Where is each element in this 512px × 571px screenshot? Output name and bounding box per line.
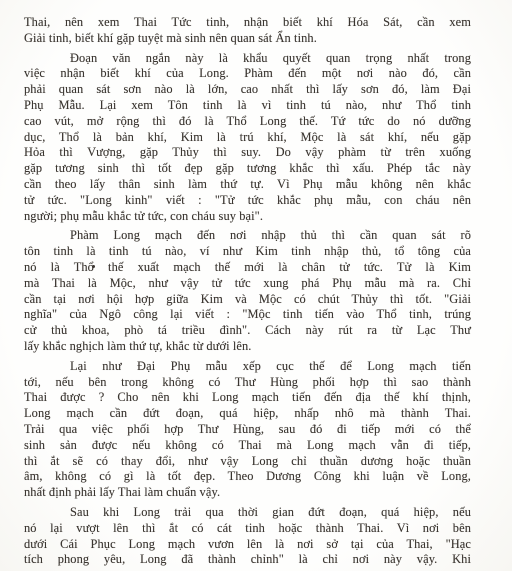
- text-line: lấy khắc nghịch làm thứ tự, khắc từ dưới…: [24, 339, 471, 355]
- text-line: dưới Cái Phục Long mạch vươn lên là nơi …: [24, 537, 471, 553]
- text-line: tích phong yêu, Long đã thành chỉnh" là …: [24, 552, 471, 568]
- text-line: tử tức. "Long kinh" viết : "Tử tức khắc …: [24, 193, 471, 209]
- text-line: Đoạn văn ngắn này là khẩu quyết quan trọ…: [24, 51, 471, 67]
- text-line: Sau khi Long trải qua thời gian đứt đoạn…: [24, 505, 471, 521]
- text-line: tới, nếu bên trong không có Thư Hùng phố…: [24, 375, 471, 391]
- text-line: tôn tinh là tinh tú nào, ví như Kim tinh…: [24, 244, 471, 260]
- text-line: dục, Thổ là bản khí, Kim là trú khí, Mộc…: [24, 130, 471, 146]
- text-line: Giải tinh, biết khí gặp tuyệt mà sinh nê…: [24, 31, 471, 47]
- text-line: Phụ Mẫu. Lại xem Tôn tinh là vì tinh tú …: [24, 98, 471, 114]
- document-page: Thai, nên xem Thai Tức tinh, nhận biết k…: [0, 0, 512, 571]
- text-line: nó lại vượt lên thì ắt có cát tinh hoặc …: [24, 521, 471, 537]
- paragraph: Sau khi Long trải qua thời gian đứt đoạn…: [24, 505, 471, 568]
- paragraph: Phàm Long mạch đến nơi nhập thủ thì cần …: [24, 228, 471, 354]
- text-line: cử thủ khoa, phò tá triều đình". Cách nà…: [24, 323, 471, 339]
- paragraph: Đoạn văn ngắn này là khẩu quyết quan trọ…: [24, 51, 471, 225]
- ink-spot-artifact: [92, 265, 95, 268]
- text-line: mà Thai là Mộc, như vậy tử tức xung phá …: [24, 276, 471, 292]
- text-line: Thai được ? Cho nên khi Long mạch tiến đ…: [24, 390, 471, 406]
- text-line: phải quan sát sơn nào là lớn, cao nhất t…: [24, 82, 471, 98]
- paragraph: Lại như Đại Phụ mẫu xếp cục thế để Long …: [24, 359, 471, 501]
- text-line: việc nhận biết khí của Long. Phàm đến mộ…: [24, 66, 471, 82]
- text-line: thì ắt sẽ có thay đổi, như vậy Long chỉ …: [24, 454, 471, 470]
- text-line: Phàm Long mạch đến nơi nhập thủ thì cần …: [24, 228, 471, 244]
- text-line: Lại như Đại Phụ mẫu xếp cục thế để Long …: [24, 359, 471, 375]
- text-line: nó là Thổ thế xuất mạch thế mới là chân …: [24, 260, 471, 276]
- text-line: gặp tương sinh thì tốt đẹp gặp tương khắ…: [24, 161, 471, 177]
- text-line: Hỏa thì Vượng, gặp Thủy thì suy. Do vậy …: [24, 145, 471, 161]
- text-line: cần tại nơi hội hợp giữa Kim và Mộc có c…: [24, 292, 471, 308]
- text-line: cần theo lấy thân sinh làm thứ tự. Vì Ph…: [24, 177, 471, 193]
- paragraph: Thai, nên xem Thai Tức tinh, nhận biết k…: [24, 15, 471, 47]
- text-line: Long mạch cần đứt đoạn, quá hiệp, nhấp n…: [24, 406, 471, 422]
- text-line: sinh sản được nếu không có Thai mà Long …: [24, 438, 471, 454]
- text-line: người; phụ mẫu khắc tử tức, con cháu suy…: [24, 209, 471, 225]
- text-line: nghĩa" của Ngô công lại viết : "Mộc tinh…: [24, 307, 471, 323]
- text-line: Trải qua việc phối hợp Thư Hùng, sau đó …: [24, 422, 471, 438]
- text-line: âm, không có gì là tốt đẹp. Theo Dương C…: [24, 469, 471, 485]
- text-line: cao vút, mở rộng thì đó là Thổ Long thế.…: [24, 114, 471, 130]
- text-line: nhất định phải lấy Thai làm chuẩn vậy.: [24, 485, 471, 501]
- text-line: Thai, nên xem Thai Tức tinh, nhận biết k…: [24, 15, 471, 31]
- page-text: Thai, nên xem Thai Tức tinh, nhận biết k…: [24, 15, 471, 568]
